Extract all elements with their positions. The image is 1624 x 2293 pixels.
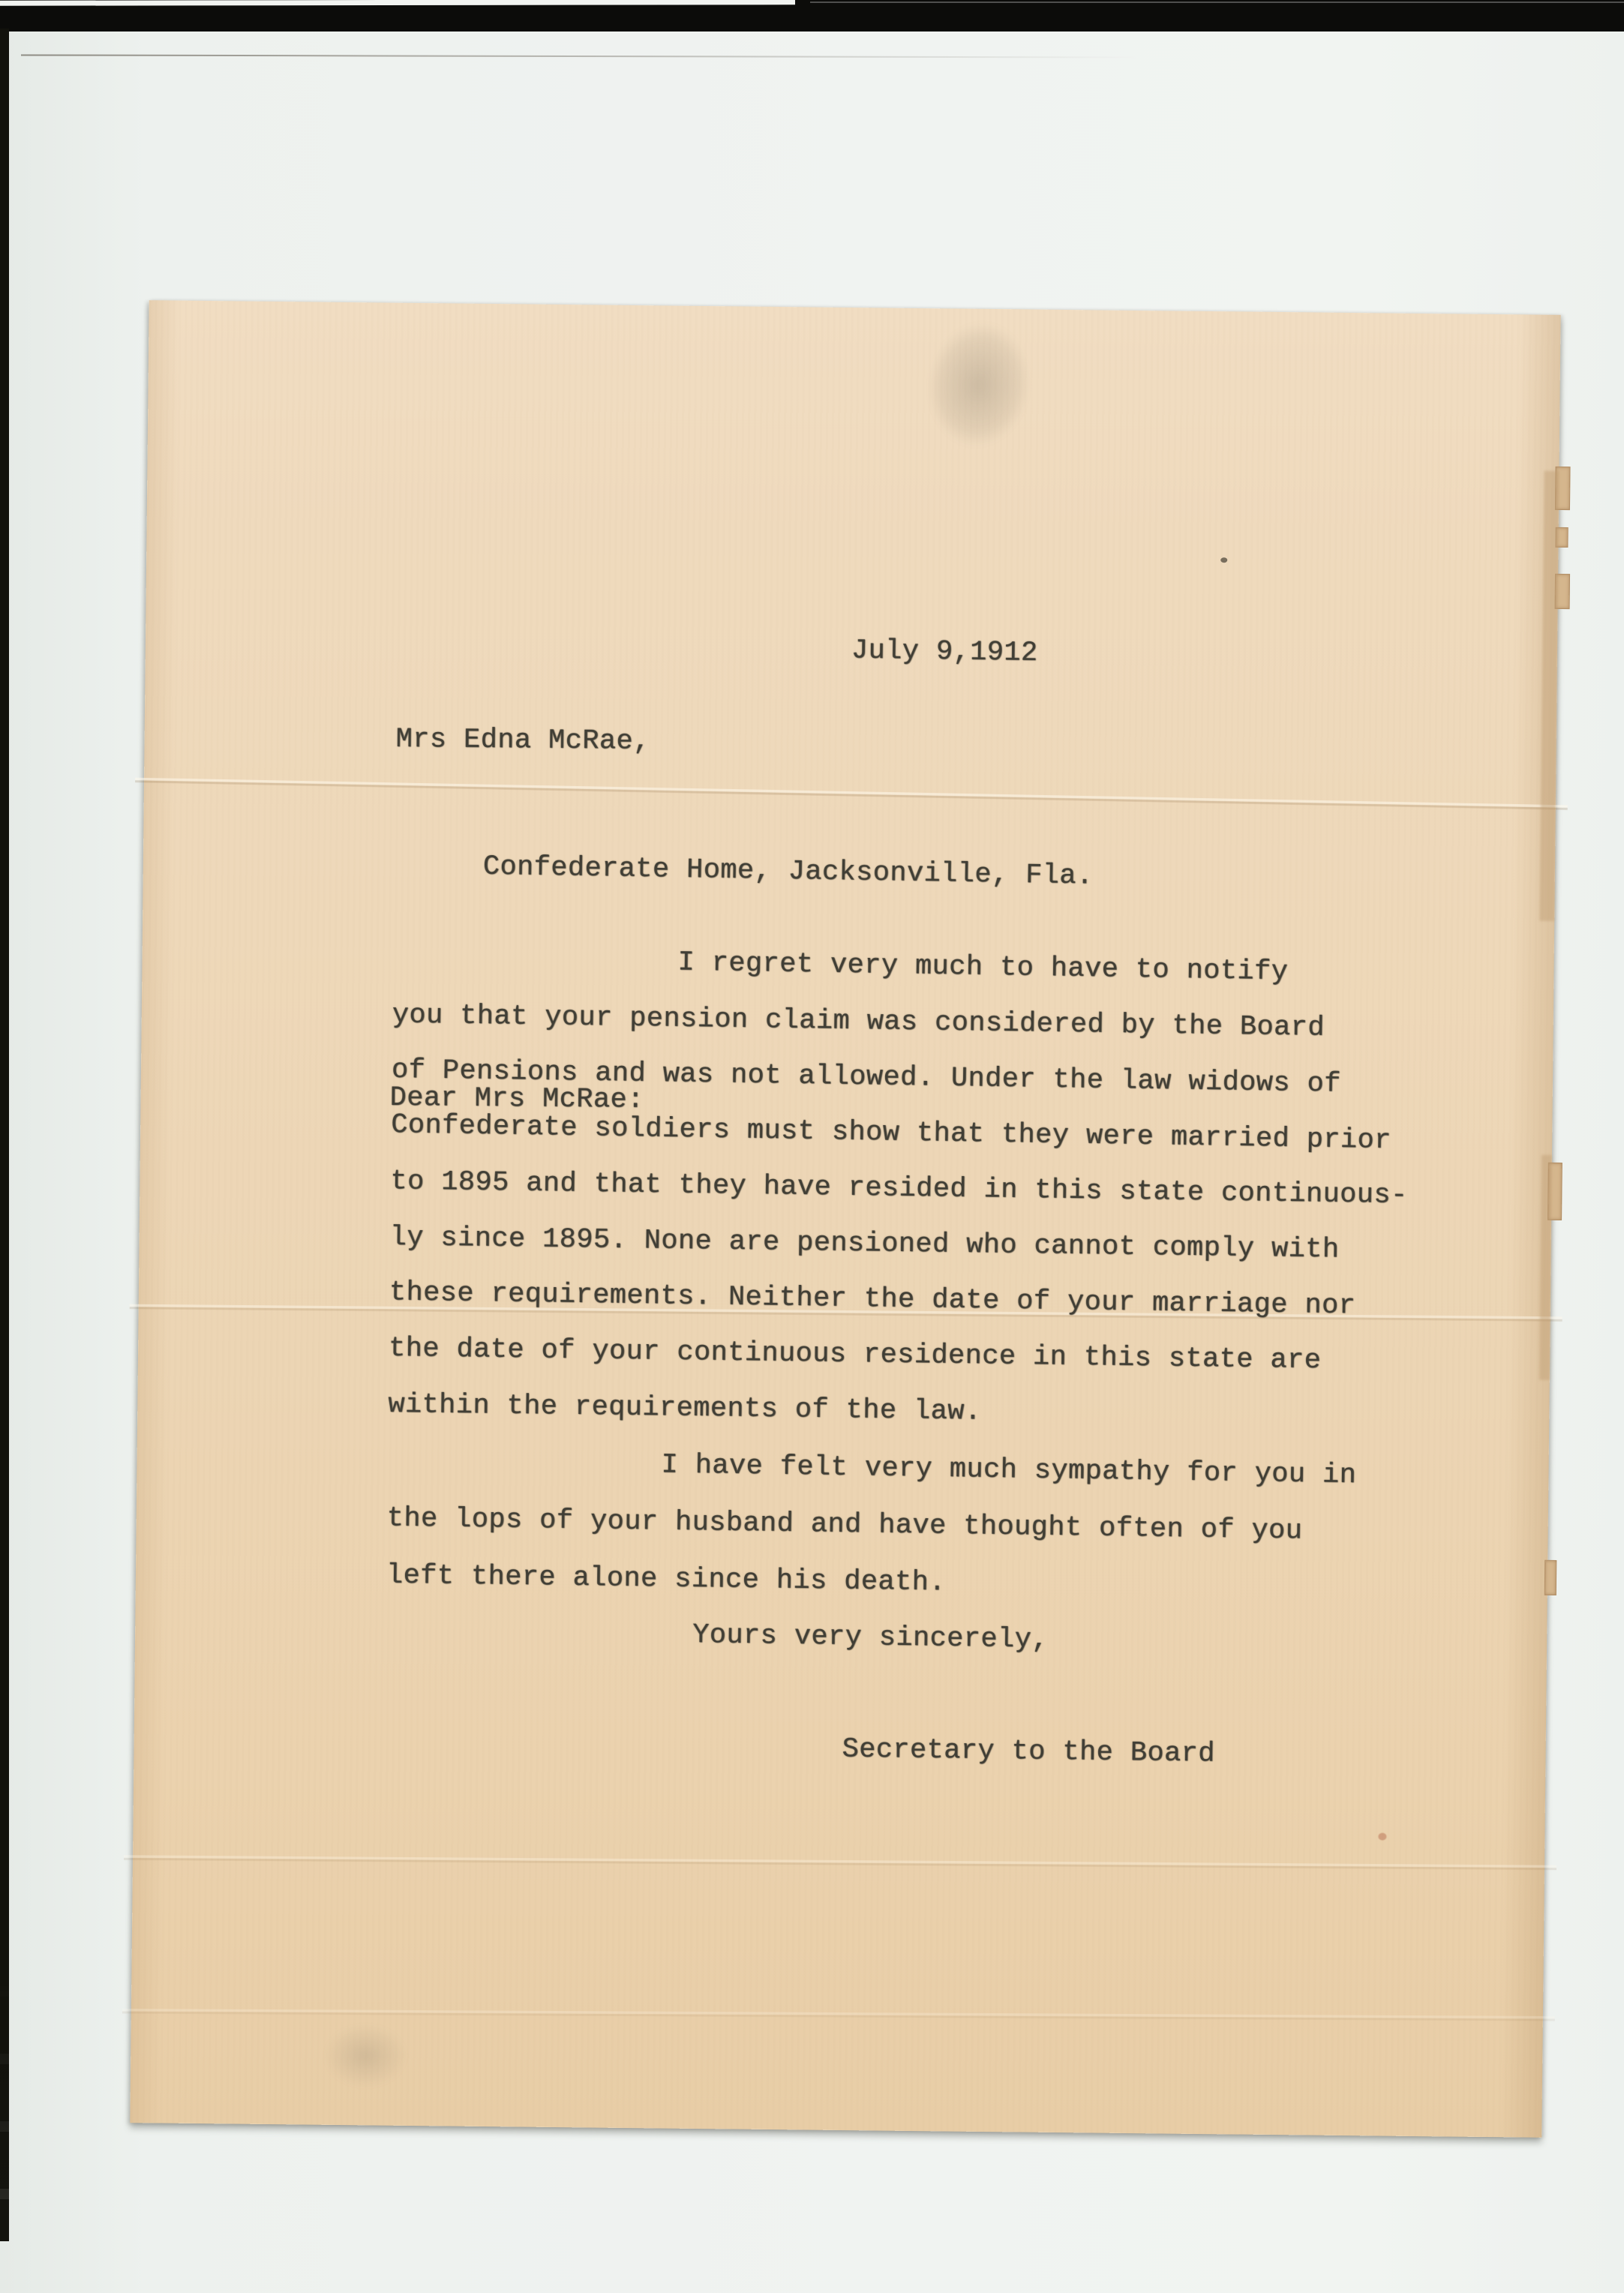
scanner-top-scratch — [810, 2, 1624, 3]
scanner-top-white-sliver — [0, 0, 795, 6]
closing-line: Yours very sincerely, — [692, 1618, 1049, 1658]
letter-date: July 9,1912 — [851, 634, 1038, 671]
scanner-edge-top-bar — [0, 0, 1624, 32]
scanned-letter-page: { "scan": { "description_label": "Typewr… — [0, 0, 1624, 2293]
signature-title: Secretary to the Board — [842, 1733, 1215, 1772]
torn-edge-tab — [1544, 1560, 1556, 1595]
recipient-address-line: Confederate Home, Jacksonville, Fla. — [483, 850, 1094, 894]
bottom-left-smudge — [309, 2012, 422, 2100]
body-line: the date of your continuous residence in… — [389, 1331, 1322, 1378]
fold-crease-lower — [124, 1855, 1556, 1871]
recipient-name-line: Mrs Edna McRae, — [395, 722, 650, 759]
scanner-edge-left-strip — [0, 29, 9, 2241]
right-edge-wear — [1539, 471, 1559, 921]
body-line: the lops of your husband and have though… — [386, 1501, 1302, 1548]
body-line: ly since 1895. None are pensioned who ca… — [389, 1220, 1339, 1268]
fold-crease-upper — [135, 778, 1568, 812]
ink-speck — [1220, 557, 1227, 563]
scanner-scratch-line — [21, 54, 1139, 58]
body-line: Confederate soldiers must show that they… — [391, 1108, 1391, 1158]
rust-spot — [1378, 1832, 1386, 1840]
body-line: to 1895 and that they have resided in th… — [390, 1164, 1408, 1213]
body-line: you that your pension claim was consider… — [392, 998, 1325, 1045]
body-line: within the requirements of the law. — [388, 1388, 982, 1430]
body-line: these requirements. Neither the date of … — [389, 1275, 1356, 1323]
body-line: I have felt very much sympathy for you i… — [661, 1448, 1356, 1493]
body-line: I regret very much to have to notify — [677, 946, 1288, 990]
smudge-stain — [902, 296, 1056, 473]
body-line: left there alone since his death. — [386, 1559, 946, 1601]
letter-paper: July 9,1912 Mrs Edna McRae, Confederate … — [130, 300, 1560, 2138]
right-edge-wear — [1539, 1155, 1552, 1380]
